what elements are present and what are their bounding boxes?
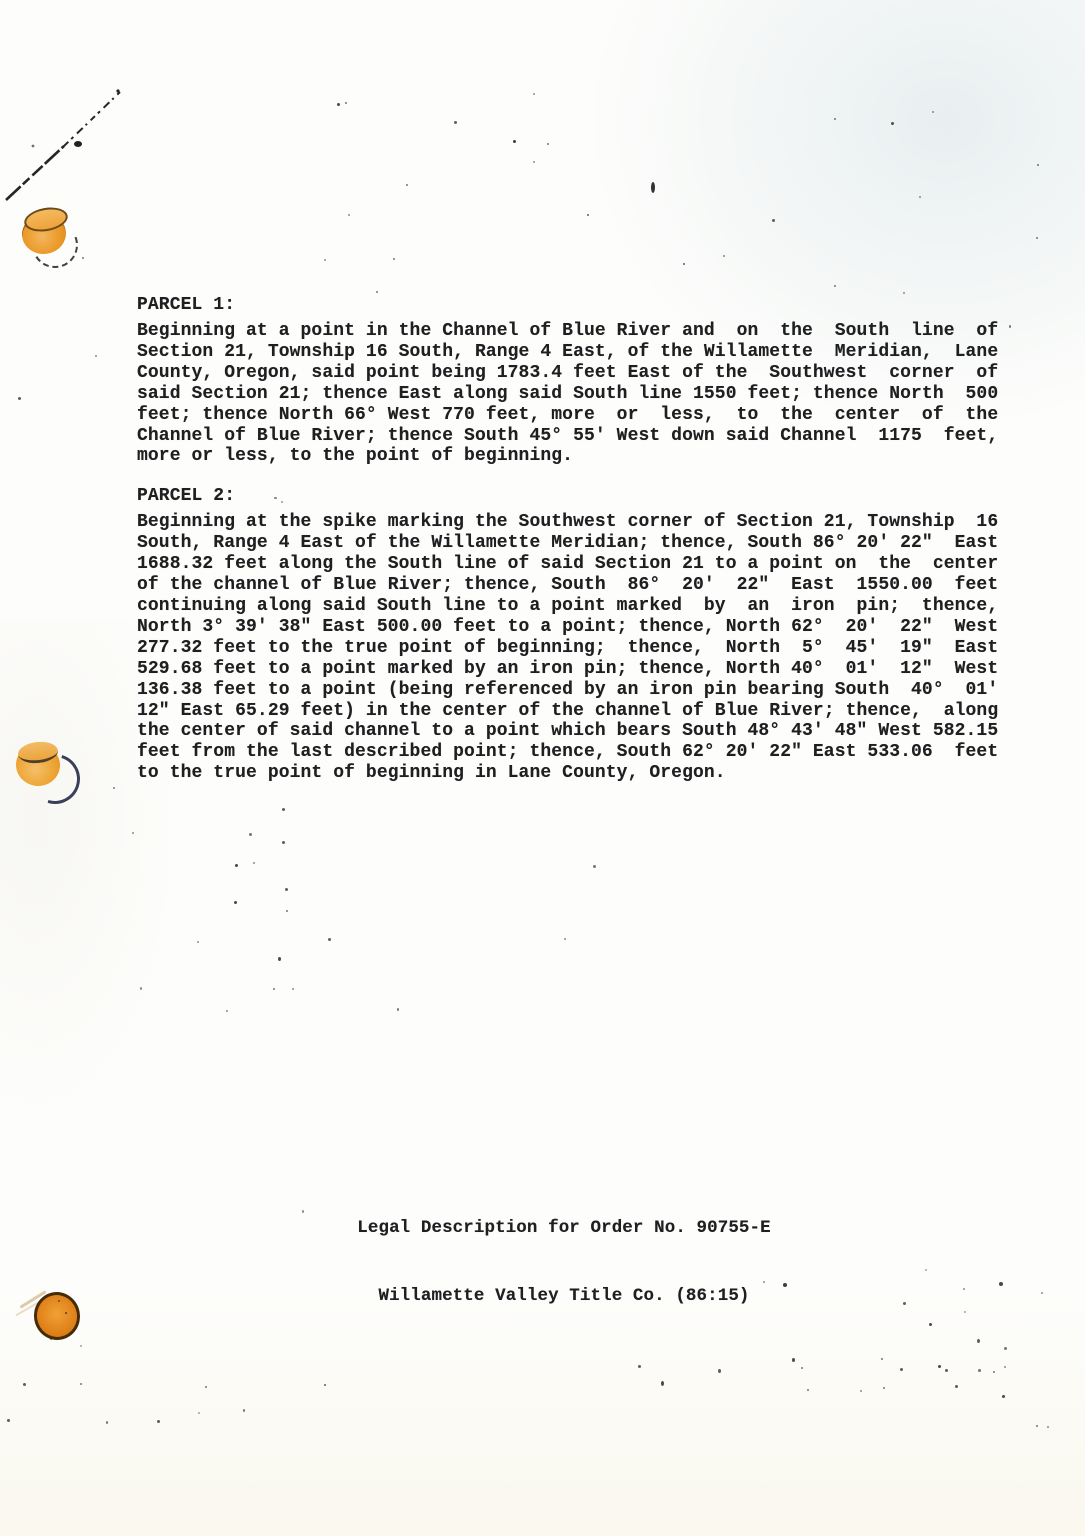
speck	[792, 1358, 795, 1362]
speck	[278, 957, 281, 961]
speck	[651, 182, 655, 193]
speck	[860, 1390, 862, 1392]
speck	[977, 1339, 980, 1343]
speck	[772, 219, 775, 222]
speck	[23, 1383, 26, 1386]
parcel-2-paragraph: Beginning at the spike marking the South…	[137, 512, 1037, 784]
speck	[783, 1283, 787, 1287]
speck	[1041, 1292, 1043, 1294]
speck	[963, 1288, 965, 1290]
text-line: County, Oregon, said point being 1783.4 …	[137, 363, 1037, 384]
speck	[891, 122, 894, 125]
legal-description: PARCEL 1: Beginning at a point in the Ch…	[137, 295, 1037, 784]
stain-smear	[15, 1302, 39, 1317]
speck	[929, 1323, 932, 1326]
speck	[285, 888, 288, 891]
speck	[106, 1421, 108, 1424]
footer-line-company: Willamette Valley Title Co. (86:15)	[357, 1285, 770, 1308]
speck	[140, 987, 142, 990]
speck	[80, 1345, 82, 1347]
speck	[834, 118, 836, 120]
text-line: 529.68 feet to a point marked by an iron…	[137, 659, 1037, 680]
scratch-mark	[0, 82, 140, 212]
text-line: 277.32 feet to the true point of beginni…	[137, 638, 1037, 659]
speck	[286, 910, 288, 912]
speck	[249, 833, 252, 836]
speck	[282, 808, 285, 811]
text-line: feet from the last described point; then…	[137, 742, 1037, 763]
speck	[198, 1412, 200, 1414]
speck	[718, 1369, 721, 1373]
speck	[564, 938, 566, 940]
stain-blob	[14, 742, 62, 788]
parcel-1-heading: PARCEL 1:	[137, 295, 1037, 316]
stain-blob	[30, 1288, 84, 1343]
speck	[834, 285, 836, 287]
text-line: South, Range 4 East of the Willamette Me…	[137, 533, 1037, 554]
speck	[807, 1389, 809, 1391]
speck	[324, 1384, 326, 1386]
speck	[587, 214, 589, 216]
stain-cap	[22, 204, 69, 234]
hole-punch-stain-middle	[14, 742, 84, 812]
speck	[683, 263, 685, 265]
speck	[7, 1419, 10, 1422]
speck	[978, 1369, 981, 1372]
text-line: 136.38 feet to a point (being referenced…	[137, 680, 1037, 701]
speck	[282, 841, 285, 844]
speck	[903, 292, 905, 294]
speck	[302, 1210, 304, 1213]
speck	[235, 864, 238, 867]
speck	[900, 1368, 903, 1371]
speck	[993, 1371, 995, 1373]
text-line: more or less, to the point of beginning.	[137, 446, 1037, 467]
scanned-document-page: PARCEL 1: Beginning at a point in the Ch…	[0, 0, 1085, 1536]
speck	[801, 1367, 803, 1369]
speck	[723, 255, 725, 257]
parcel-2-heading: PARCEL 2:	[137, 486, 1037, 507]
text-line: Section 21, Township 16 South, Range 4 E…	[137, 342, 1037, 363]
speck	[157, 1420, 160, 1423]
speck	[955, 1385, 958, 1388]
speck	[661, 1381, 664, 1386]
speck	[243, 1409, 245, 1412]
speck	[1047, 1426, 1049, 1428]
speck	[205, 1386, 207, 1388]
speck	[945, 1369, 948, 1372]
text-line: 1688.32 feet along the South line of sai…	[137, 554, 1037, 575]
footer-line-order: Legal Description for Order No. 90755-E	[357, 1217, 770, 1240]
speck	[95, 355, 97, 357]
speck	[964, 1311, 966, 1313]
speck	[1002, 1395, 1005, 1398]
speck	[65, 1312, 67, 1314]
speck	[234, 901, 237, 904]
speck	[132, 832, 134, 834]
speck	[1036, 237, 1038, 239]
stain-cap	[17, 740, 59, 765]
text-line: continuing along said South line to a po…	[137, 596, 1037, 617]
text-line: 12" East 65.29 feet) in the center of th…	[137, 701, 1037, 722]
speck	[397, 1008, 399, 1011]
speck	[593, 865, 596, 868]
speck	[253, 862, 255, 864]
speck	[938, 1365, 941, 1368]
speck	[348, 214, 350, 216]
speck	[328, 938, 331, 941]
speck	[533, 93, 535, 95]
text-line: the center of said channel to a point wh…	[137, 721, 1037, 742]
hole-punch-stain-bottom	[26, 1284, 96, 1354]
speck	[883, 1387, 885, 1389]
text-line: Beginning at the spike marking the South…	[137, 512, 1037, 533]
speck	[345, 102, 347, 104]
parcel-1-paragraph: Beginning at a point in the Channel of B…	[137, 321, 1037, 467]
speck	[337, 103, 340, 106]
speck	[197, 941, 199, 943]
speck	[18, 397, 21, 400]
stain-blob	[19, 211, 68, 257]
speck	[50, 1338, 52, 1340]
speck	[80, 1383, 82, 1385]
speck	[1004, 1366, 1006, 1368]
text-line: Beginning at a point in the Channel of B…	[137, 321, 1037, 342]
text-line: feet; thence North 66° West 770 feet, mo…	[137, 405, 1037, 426]
speck	[881, 1358, 883, 1360]
speck	[1004, 1347, 1007, 1350]
speck	[999, 1282, 1003, 1286]
speck	[406, 184, 408, 186]
speck	[113, 787, 115, 789]
speck	[58, 1300, 60, 1302]
speck	[547, 143, 549, 145]
speck	[226, 1010, 228, 1012]
speck	[903, 1302, 906, 1305]
stain-ring	[26, 216, 84, 274]
speck	[513, 140, 516, 143]
text-line: North 3° 39' 38" East 500.00 feet to a p…	[137, 617, 1037, 638]
footer-reference: Legal Description for Order No. 90755-E …	[357, 1172, 770, 1352]
text-line: Channel of Blue River; thence South 45° …	[137, 426, 1037, 447]
hole-punch-stain-top	[20, 206, 90, 276]
speck	[638, 1365, 641, 1368]
speck	[376, 291, 378, 293]
speck	[454, 121, 457, 124]
speck	[919, 196, 921, 198]
stain-smear	[19, 1290, 46, 1308]
text-line: to the true point of beginning in Lane C…	[137, 763, 1037, 784]
speck	[1036, 1425, 1038, 1427]
text-line: of the channel of Blue River; thence, So…	[137, 575, 1037, 596]
text-line: said Section 21; thence East along said …	[137, 384, 1037, 405]
speck	[82, 257, 84, 259]
speck	[324, 259, 326, 261]
speck	[273, 988, 275, 990]
speck	[932, 111, 934, 113]
speck	[1037, 164, 1039, 166]
speck	[292, 988, 294, 990]
stain-ring	[21, 745, 89, 813]
speck	[533, 161, 535, 163]
speck	[925, 1269, 927, 1271]
speck	[393, 258, 395, 260]
